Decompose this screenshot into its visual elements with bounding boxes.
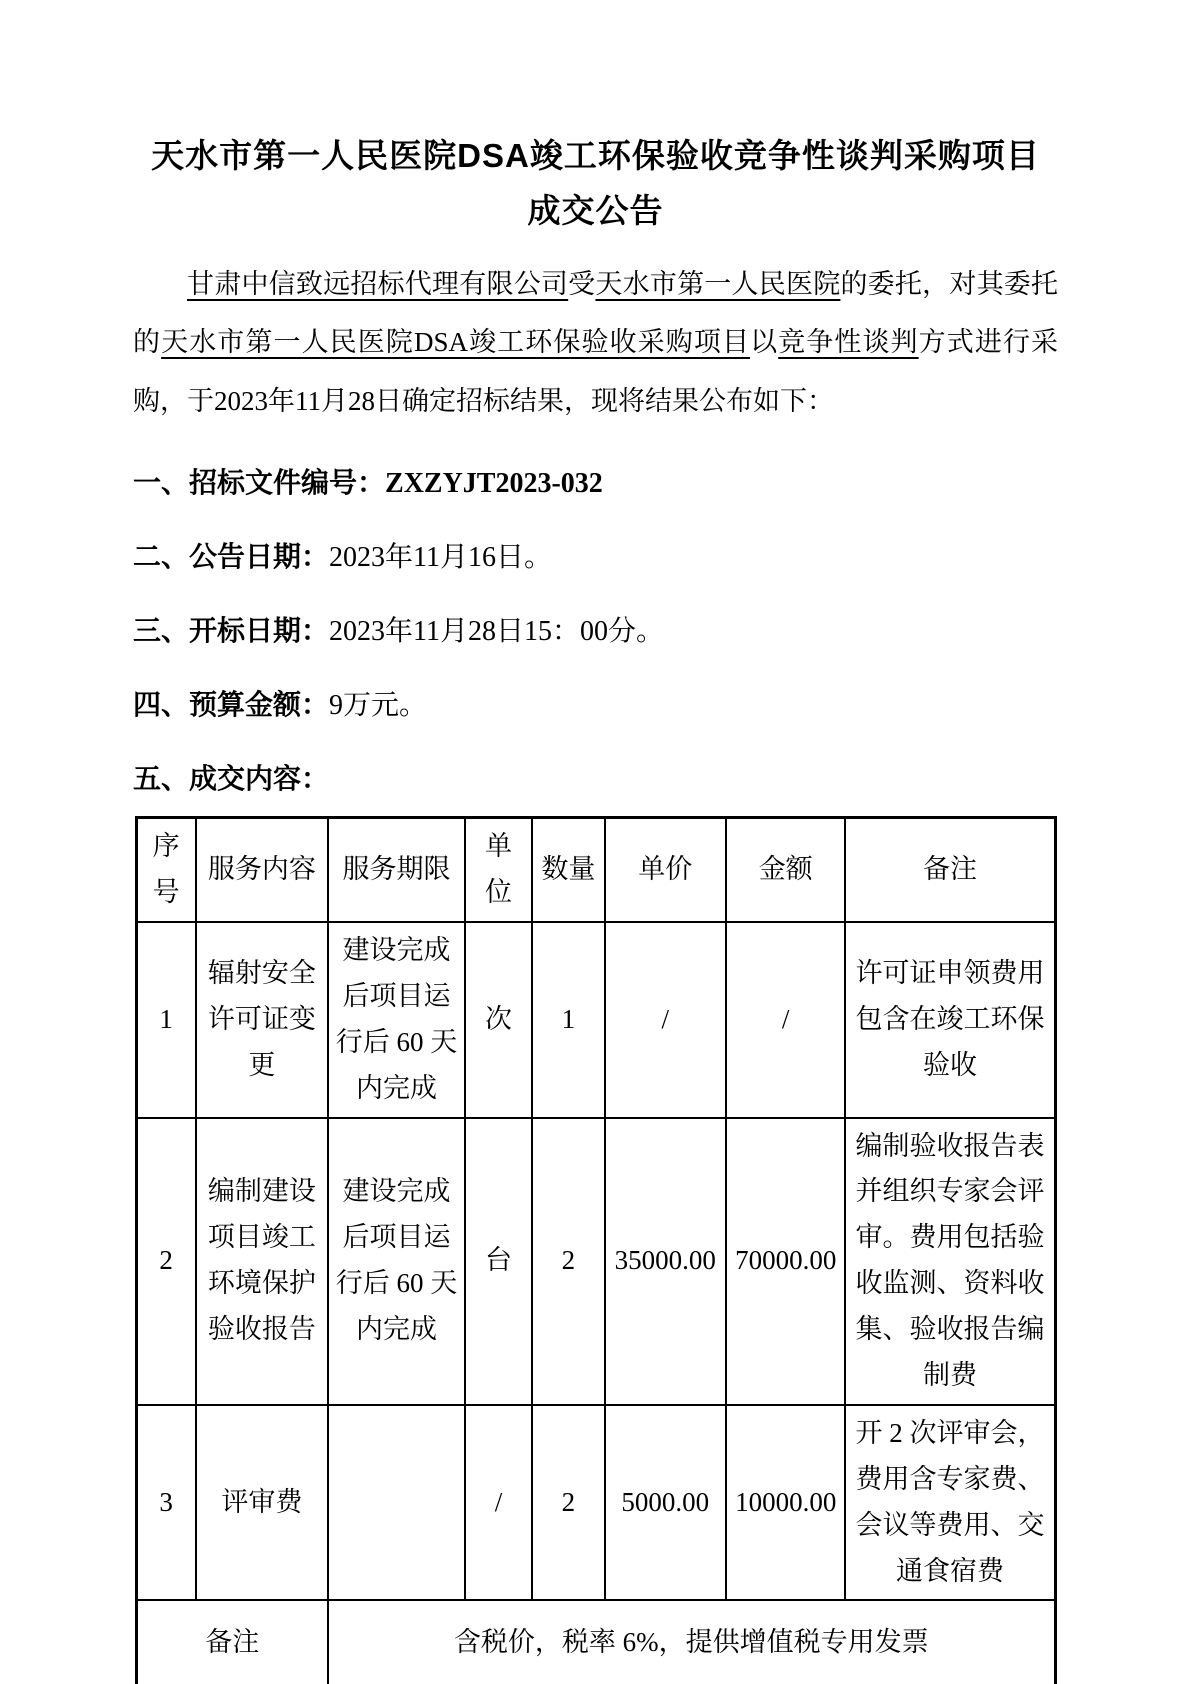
item-label: 一、招标文件编号： <box>133 467 385 498</box>
list-item-award-content: 五、成交内容： <box>133 753 1058 806</box>
table-row-3: 3 评审费 / 2 5000.00 10000.00 开 2 次评审会，费用含专… <box>136 1405 1055 1601</box>
cell-unit-price: / <box>605 922 726 1118</box>
cell-seq-no: 2 <box>136 1118 196 1405</box>
table-row-1: 1 辐射安全许可证变更 建设完成后项目运行后 60 天内完成 次 1 / / 许… <box>136 922 1055 1118</box>
cell-amount: 70000.00 <box>726 1118 845 1405</box>
item-value: ZXZYJT2023-032 <box>385 468 603 499</box>
header-seq-no: 序号 <box>136 818 196 922</box>
cell-unit: 次 <box>465 922 532 1118</box>
cell-unit: 台 <box>465 1118 532 1405</box>
cell-quantity: 2 <box>532 1405 605 1601</box>
cell-service-period <box>328 1405 465 1601</box>
cell-unit: / <box>465 1405 532 1601</box>
list-item-opening-date: 三、开标日期：2023年11月28日15：00分。 <box>133 605 1058 658</box>
header-quantity: 数量 <box>532 818 605 922</box>
cell-service-content: 编制建设项目竣工环境保护验收报告 <box>196 1118 328 1405</box>
document-page: 天水市第一人民医院DSA竣工环保验收竞争性谈判采购项目 成交公告 甘肃中信致远招… <box>0 0 1191 1684</box>
cell-remark: 开 2 次评审会，费用含专家费、会议等费用、交通食宿费 <box>845 1405 1055 1601</box>
cell-unit-price: 35000.00 <box>605 1118 726 1405</box>
header-service-content: 服务内容 <box>196 818 328 922</box>
cell-seq-no: 3 <box>136 1405 196 1601</box>
page-title: 天水市第一人民医院DSA竣工环保验收竞争性谈判采购项目 成交公告 <box>133 128 1058 239</box>
list-item-announcement-date: 二、公告日期：2023年11月16日。 <box>133 531 1058 584</box>
item-label: 二、公告日期： <box>133 541 329 572</box>
cell-seq-no: 1 <box>136 922 196 1118</box>
page-title-line2: 成交公告 <box>133 183 1058 238</box>
item-value: 9万元。 <box>329 690 427 721</box>
underlined-agency-name: 甘肃中信致远招标代理有限公司 <box>187 269 568 299</box>
underlined-procurement-method: 竞争性谈判 <box>778 327 918 357</box>
cell-service-content: 辐射安全许可证变更 <box>196 922 328 1118</box>
item-label: 五、成交内容： <box>133 763 329 794</box>
page-title-line1: 天水市第一人民医院DSA竣工环保验收竞争性谈判采购项目 <box>133 128 1058 183</box>
header-amount: 金额 <box>726 818 845 922</box>
footer-text-cell: 含税价，税率 6%，提供增值税专用发票 <box>328 1600 1055 1684</box>
table-footer-row: 备注 含税价，税率 6%，提供增值税专用发票 <box>136 1600 1055 1684</box>
intro-paragraph: 甘肃中信致远招标代理有限公司受天水市第一人民医院的委托，对其委托的天水市第一人民… <box>133 255 1058 430</box>
list-item-budget-amount: 四、预算金额：9万元。 <box>133 679 1058 732</box>
item-value: 2023年11月16日。 <box>329 542 552 573</box>
table-header-row: 序号 服务内容 服务期限 单位 数量 单价 金额 备注 <box>136 818 1055 922</box>
intro-segment: 受 <box>568 269 595 299</box>
cell-service-content: 评审费 <box>196 1405 328 1601</box>
cell-quantity: 2 <box>532 1118 605 1405</box>
underlined-hospital-name: 天水市第一人民医院 <box>595 269 840 299</box>
cell-quantity: 1 <box>532 922 605 1118</box>
item-value: 2023年11月28日15：00分。 <box>329 616 664 647</box>
cell-amount: 10000.00 <box>726 1405 845 1601</box>
cell-remark: 编制验收报告表并组织专家会评审。费用包括验收监测、资料收集、验收报告编制费 <box>845 1118 1055 1405</box>
list-item-bid-doc-number: 一、招标文件编号：ZXZYJT2023-032 <box>133 457 1058 510</box>
cell-service-period: 建设完成后项目运行后 60 天内完成 <box>328 1118 465 1405</box>
header-service-period: 服务期限 <box>328 818 465 922</box>
intro-segment: 以 <box>750 327 778 357</box>
cell-unit-price: 5000.00 <box>605 1405 726 1601</box>
header-unit-price: 单价 <box>605 818 726 922</box>
cell-remark: 许可证申领费用包含在竣工环保验收 <box>845 922 1055 1118</box>
cell-service-period: 建设完成后项目运行后 60 天内完成 <box>328 922 465 1118</box>
footer-label-cell: 备注 <box>136 1600 328 1684</box>
award-table: 序号 服务内容 服务期限 单位 数量 单价 金额 备注 1 辐射安全许可证变更 … <box>135 816 1057 1684</box>
cell-amount: / <box>726 922 845 1118</box>
underlined-project-name: 天水市第一人民医院DSA竣工环保验收采购项目 <box>161 327 750 357</box>
header-remark: 备注 <box>845 818 1055 922</box>
item-label: 四、预算金额： <box>133 689 329 720</box>
header-unit: 单位 <box>465 818 532 922</box>
item-label: 三、开标日期： <box>133 615 329 646</box>
table-row-2: 2 编制建设项目竣工环境保护验收报告 建设完成后项目运行后 60 天内完成 台 … <box>136 1118 1055 1405</box>
